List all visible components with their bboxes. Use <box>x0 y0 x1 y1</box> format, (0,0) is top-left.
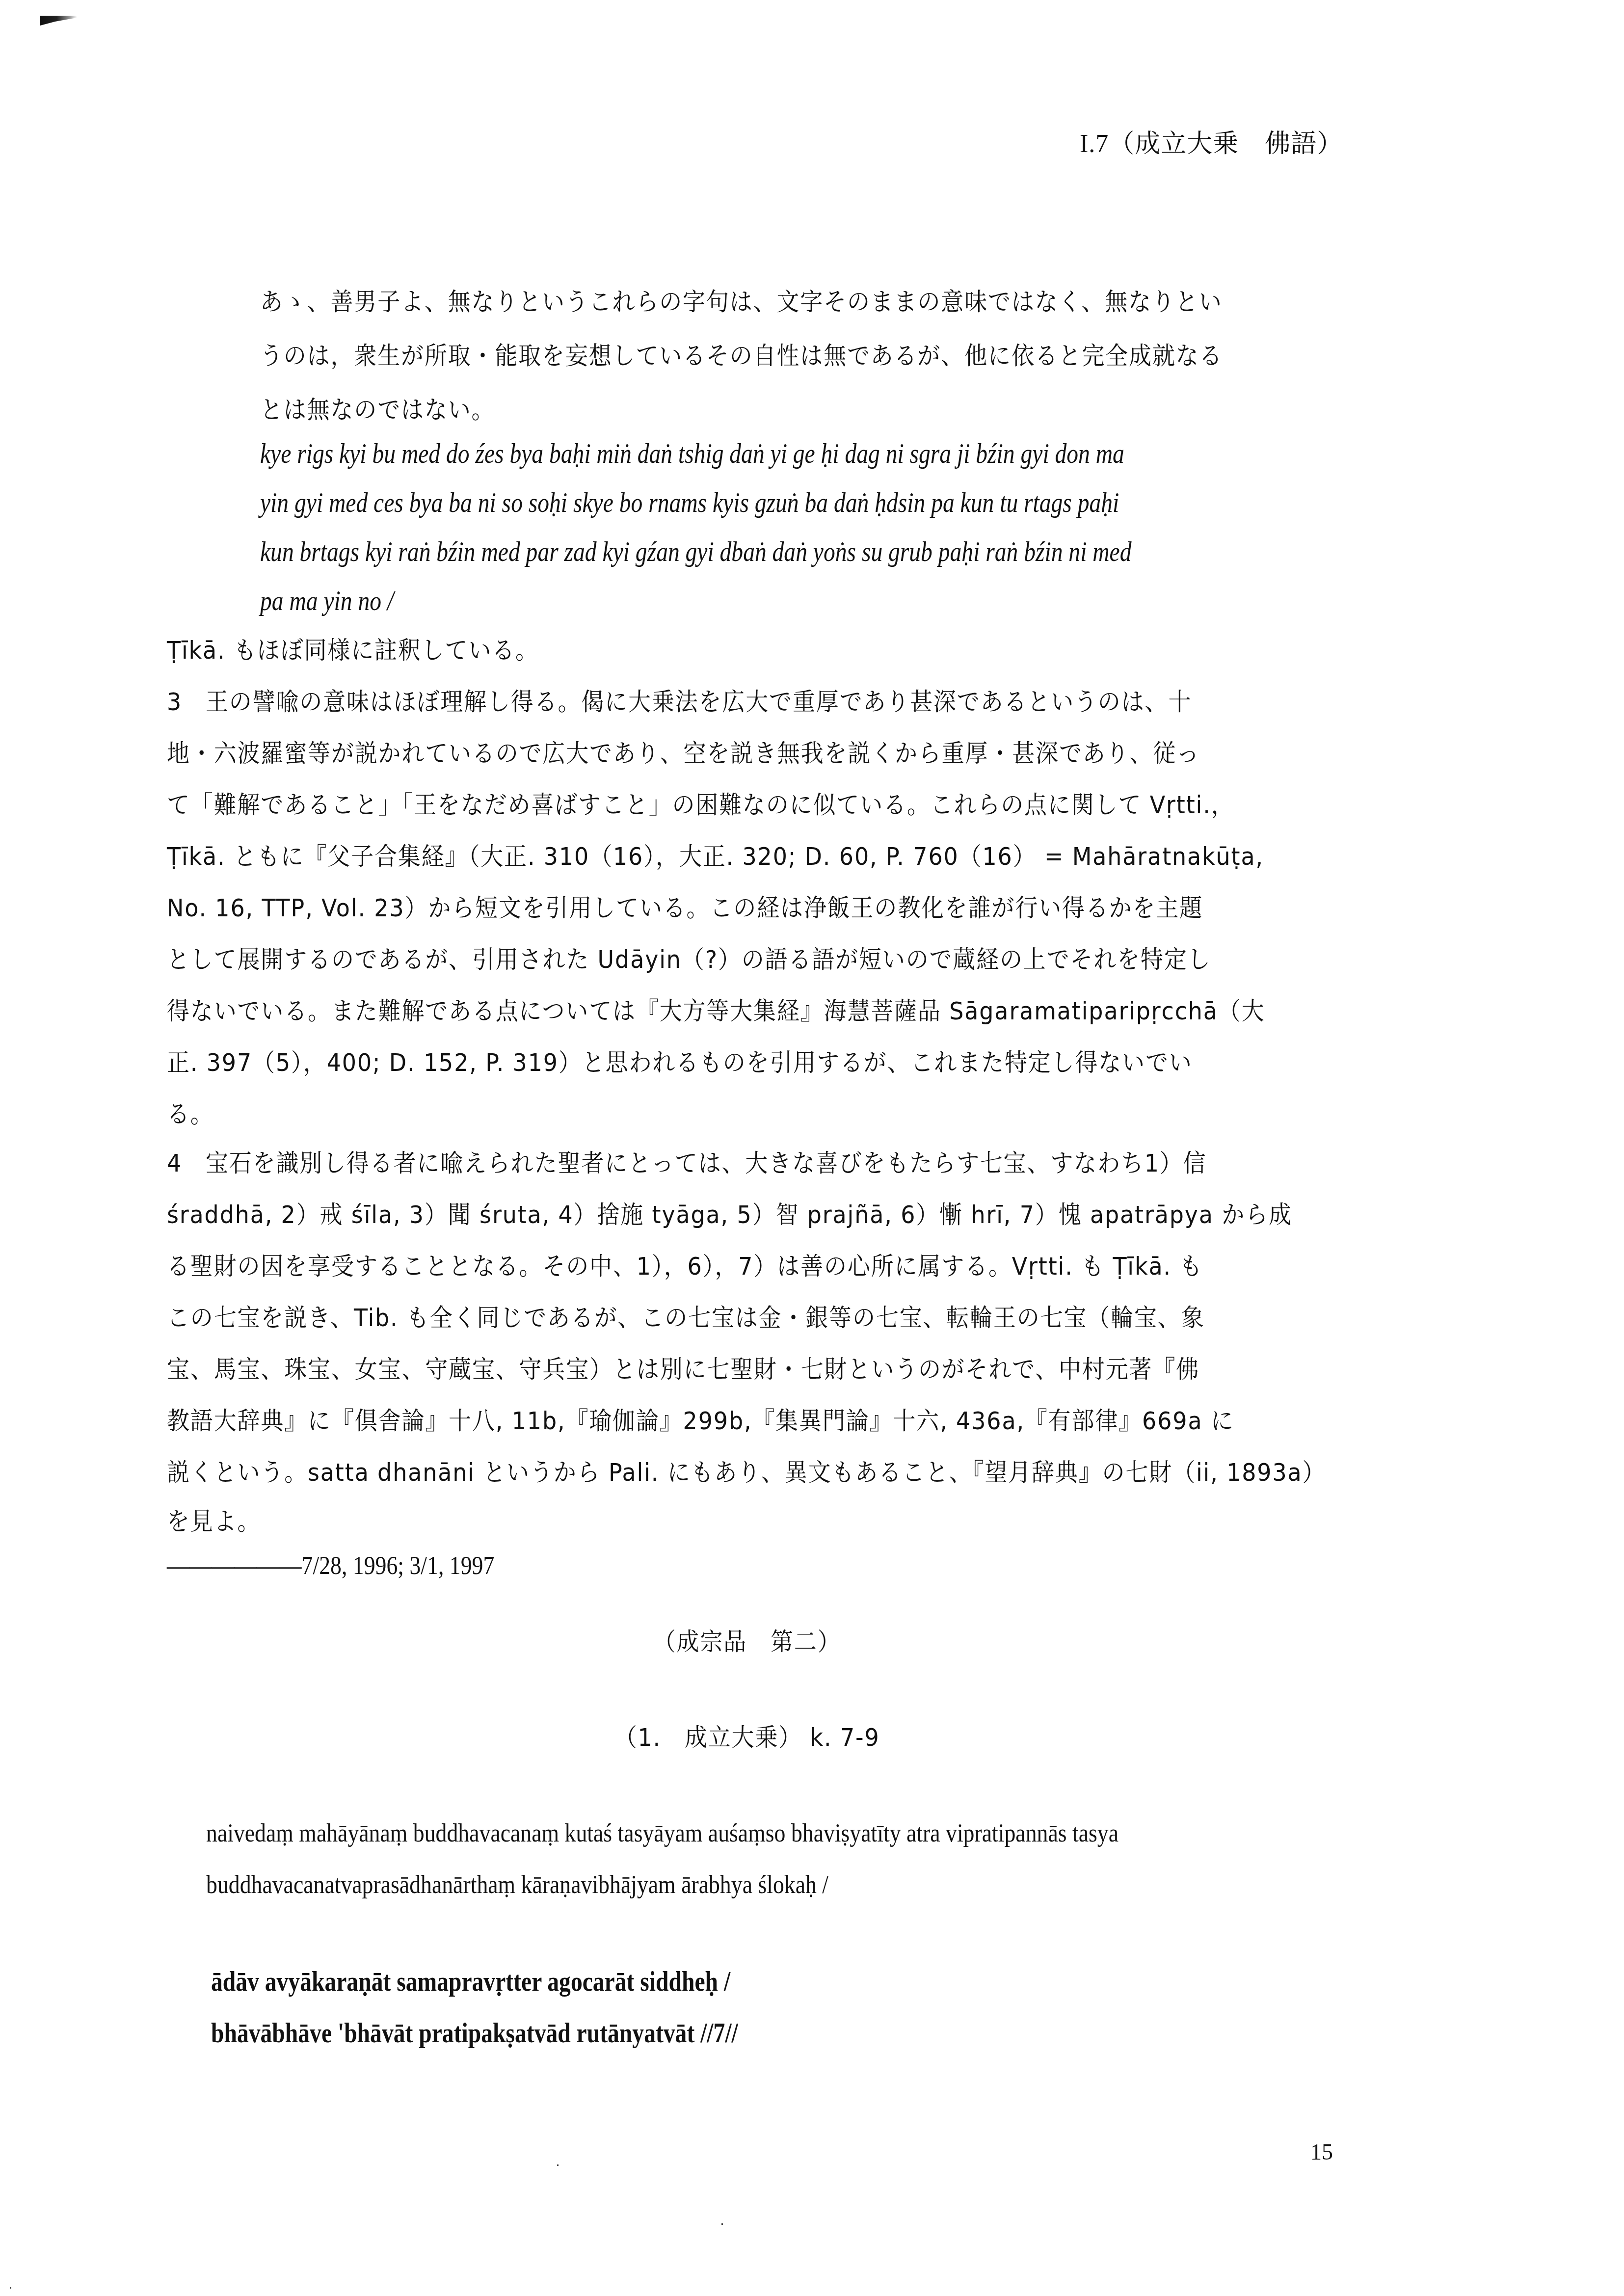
scan-artifact <box>40 16 77 26</box>
note-3-line: 地・六波羅蜜等が説かれているので広大であり、空を説き無我を説くから重厚・甚深であ… <box>167 741 1200 766</box>
note-4-line: 4 宝石を識別し得る者に喩えられた聖者にとっては、大きな喜びをもたらす七宝、すな… <box>167 1151 1206 1175</box>
tibetan-line: yin gyi med ces bya ba ni so soḥi skye b… <box>260 488 1119 517</box>
scan-speck <box>557 2164 559 2166</box>
note-4-line: を見よ。 <box>167 1509 261 1534</box>
subsection-title: （1. 成立大乗） k. 7-9 <box>0 1725 1494 1750</box>
sanskrit-prose-line: buddhavacanatvaprasādhanārthaṃ kāraṇavib… <box>206 1872 828 1898</box>
note-3-line: Ṭīkā. ともに『父子合集経』（大正. 310（16），大正. 320; D.… <box>167 844 1264 869</box>
note-3-line: 3 王の譬喩の意味はほぼ理解し得る。偈に大乗法を広大で重厚であり甚深であるという… <box>167 690 1192 714</box>
verse-line: ādāv avyākaraṇāt samapravṛtter agocarāt … <box>211 1968 730 1996</box>
note-4-line: śraddhā, 2）戒 śīla, 3）聞 śruta, 4）捨施 tyāga… <box>167 1202 1292 1227</box>
tibetan-line: kye rigs kyi bu med do źes bya baḥi miṅ … <box>260 439 1124 468</box>
note-4-line: 教語大辞典』に『倶舎論』十八, 11b,『瑜伽論』299b,『集異門論』十六, … <box>167 1409 1234 1433</box>
quote-jp-line: とは無なのではない。 <box>260 398 495 422</box>
note-4-line: 説くという。satta dhanāni というから Pali. にもあり、異文も… <box>167 1460 1326 1485</box>
note-4-line: 宝、馬宝、珠宝、女宝、守蔵宝、守兵宝）とは別に七聖財・七財というのがそれで、中村… <box>167 1357 1199 1382</box>
running-head: I.7（成立大乗 佛語） <box>1080 123 1343 160</box>
quote-jp-line: あゝ、善男子よ、無なりというこれらの字句は、文字そのままの意味ではなく、無なりと… <box>260 290 1223 314</box>
chapter-title: （成宗品 第二） <box>0 1629 1494 1654</box>
quote-jp-line: うのは，衆生が所取・能取を妄想しているその自性は無であるが、他に依ると完全成就な… <box>260 344 1223 368</box>
note-4-line: る聖財の因を享受することとなる。その中、1），6），7）は善の心所に属する。Vṛ… <box>167 1254 1203 1279</box>
date-line: ——————7/28, 1996; 3/1, 1997 <box>167 1553 494 1579</box>
verse-line: bhāvābhāve 'bhāvāt pratipakṣatvād rutāny… <box>211 2020 738 2047</box>
tika-note: Ṭīkā. もほぼ同様に註釈している。 <box>167 638 539 663</box>
note-3-line: る。 <box>167 1102 214 1126</box>
tibetan-line: pa ma yin no / <box>260 587 394 615</box>
sanskrit-prose-line: naivedaṃ mahāyānaṃ buddhavacanaṃ kutaś t… <box>206 1821 1118 1846</box>
page-number: 15 <box>1310 2139 1333 2165</box>
note-3-line: 正. 397（5），400; D. 152, P. 319）と思われるものを引用… <box>167 1050 1193 1075</box>
note-4-line: この七宝を説き、Tib. も全く同じであるが、この七宝は金・銀等の七宝、転輪王の… <box>167 1306 1205 1330</box>
scan-speck <box>10 2287 11 2289</box>
note-3-line: No. 16, TTP, Vol. 23）から短文を引用している。この経は浄飯王… <box>167 896 1203 920</box>
note-3-line: として展開するのであるが、引用された Udāyin（?）の語る語が短いので蔵経の… <box>167 947 1211 972</box>
tibetan-line: kun brtags kyi raṅ bźin med par zad kyi … <box>260 537 1131 566</box>
note-3-line: て「難解であること」「王をなだめ喜ばすこと」の困難なのに似ている。これらの点に関… <box>167 793 1234 817</box>
scan-speck <box>721 2223 723 2225</box>
note-3-line: 得ないでいる。また難解である点については『大方等大集経』海慧菩薩品 Sāgara… <box>167 999 1265 1023</box>
